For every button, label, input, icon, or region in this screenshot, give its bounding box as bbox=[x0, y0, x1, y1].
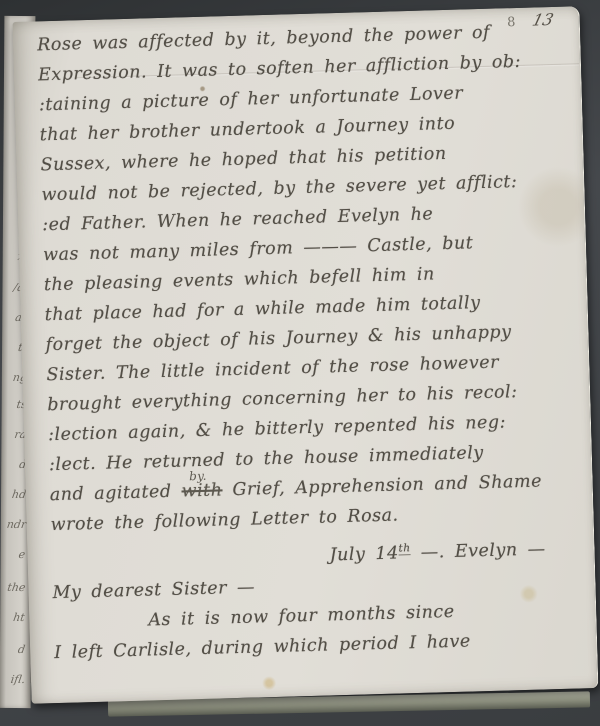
manuscript-photograph: :boa:sx./a:arttngtsradhdndrethehtdifl. 8… bbox=[0, 0, 600, 726]
line-text: and agitated bbox=[50, 482, 182, 506]
facing-page-text-fragment: ht bbox=[13, 611, 26, 624]
facing-page-text-fragment: ifl. bbox=[9, 673, 25, 686]
struck-word: with bbox=[181, 480, 222, 501]
facing-page-text-fragment: e bbox=[18, 548, 26, 561]
handwritten-text-block: Rose was affected by it, beyond the powe… bbox=[13, 20, 597, 674]
inserted-word: by. bbox=[189, 469, 207, 483]
dateline-text: —. Evelyn — bbox=[410, 539, 546, 563]
emendation: by.with bbox=[181, 480, 222, 501]
dateline-text: July 14 bbox=[329, 543, 399, 565]
facing-page-text-fragment: hd bbox=[11, 488, 27, 501]
manuscript-page: 8 13 Rose was affected by it, beyond the… bbox=[13, 6, 599, 704]
facing-page-text-fragment: ndr bbox=[6, 518, 27, 531]
facing-page-text-fragment: d bbox=[17, 643, 26, 656]
facing-page-text-fragment: the bbox=[6, 581, 26, 594]
ordinal-superscript: th bbox=[398, 542, 410, 555]
